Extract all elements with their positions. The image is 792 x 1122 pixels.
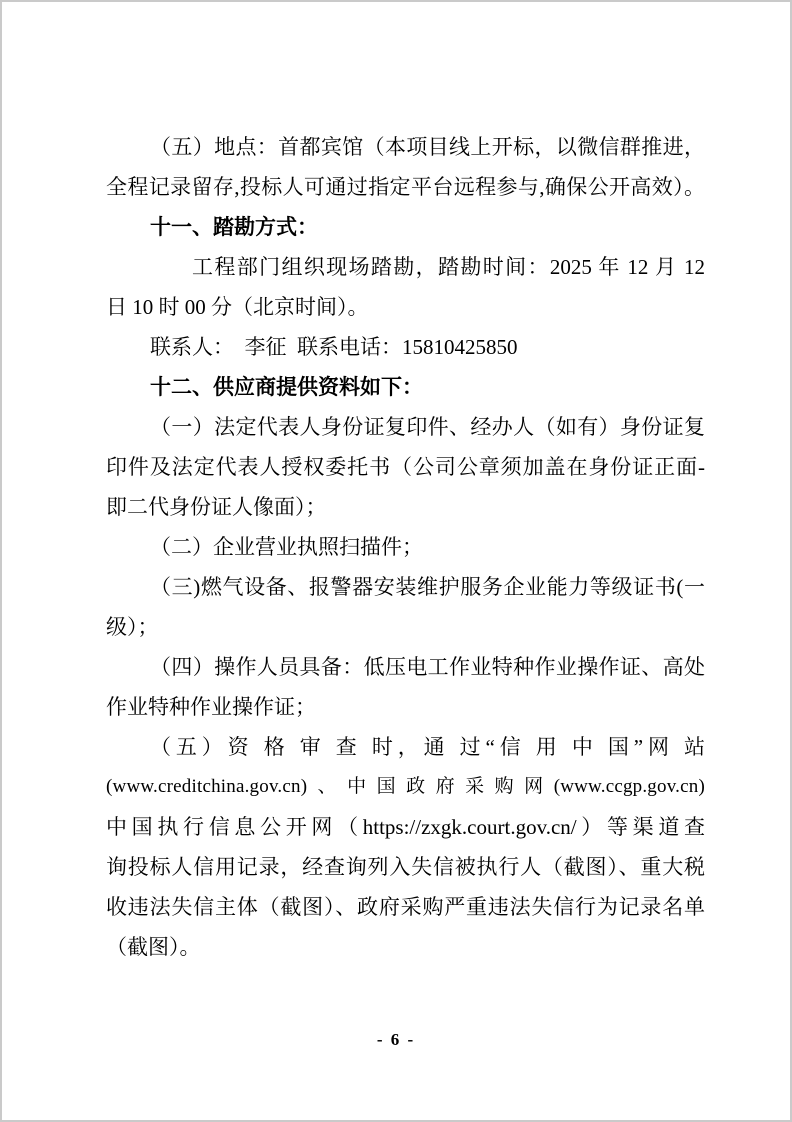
section-heading-11: 十一、踏勘方式：: [106, 207, 705, 247]
doc-line: 级）；: [106, 607, 705, 647]
doc-line: 即二代身份证人像面）；: [106, 487, 705, 527]
doc-line: 询投标人信用记录，经查询列入失信被执行人（截图）、重大税: [106, 847, 705, 887]
doc-line: 印件及法定代表人授权委托书（公司公章须加盖在身份证正面-: [106, 447, 705, 487]
doc-line: （截图）。: [106, 927, 705, 967]
doc-line: 日 10 时 00 分（北京时间）。: [106, 287, 705, 327]
page-number: - 6 -: [2, 1030, 790, 1050]
doc-line: （五）地点：首都宾馆（本项目线上开标，以微信群推进，: [106, 127, 705, 167]
doc-line: （一）法定代表人身份证复印件、经办人（如有）身份证复: [106, 407, 705, 447]
doc-line: （五）资 格 审 查 时，通 过“信 用 中 国”网 站: [106, 727, 705, 767]
url-line: (www.creditchina.gov.cn)、中国政府采购网(www.ccg…: [106, 767, 705, 807]
url-line: 中国执行信息公开网（https://zxgk.court.gov.cn/）等渠道…: [106, 807, 705, 847]
doc-line: 作业特种作业操作证；: [106, 687, 705, 727]
doc-line: 全程记录留存,投标人可通过指定平台远程参与,确保公开高效）。: [106, 167, 705, 207]
doc-line: （二）企业营业执照扫描件；: [106, 527, 705, 567]
document-page: （五）地点：首都宾馆（本项目线上开标，以微信群推进， 全程记录留存,投标人可通过…: [0, 0, 792, 1122]
doc-line: （三)燃气设备、报警器安装维护服务企业能力等级证书(一: [106, 567, 705, 607]
contact-line: 联系人： 李征 联系电话：15810425850: [106, 327, 705, 367]
doc-line: 工程部门组织现场踏勘，踏勘时间：2025 年 12 月 12: [106, 247, 705, 287]
document-body: （五）地点：首都宾馆（本项目线上开标，以微信群推进， 全程记录留存,投标人可通过…: [106, 127, 705, 967]
section-heading-12: 十二、供应商提供资料如下：: [106, 367, 705, 407]
doc-line: 收违法失信主体（截图）、政府采购严重违法失信行为记录名单: [106, 887, 705, 927]
doc-line: （四）操作人员具备：低压电工作业特种作业操作证、高处: [106, 647, 705, 687]
